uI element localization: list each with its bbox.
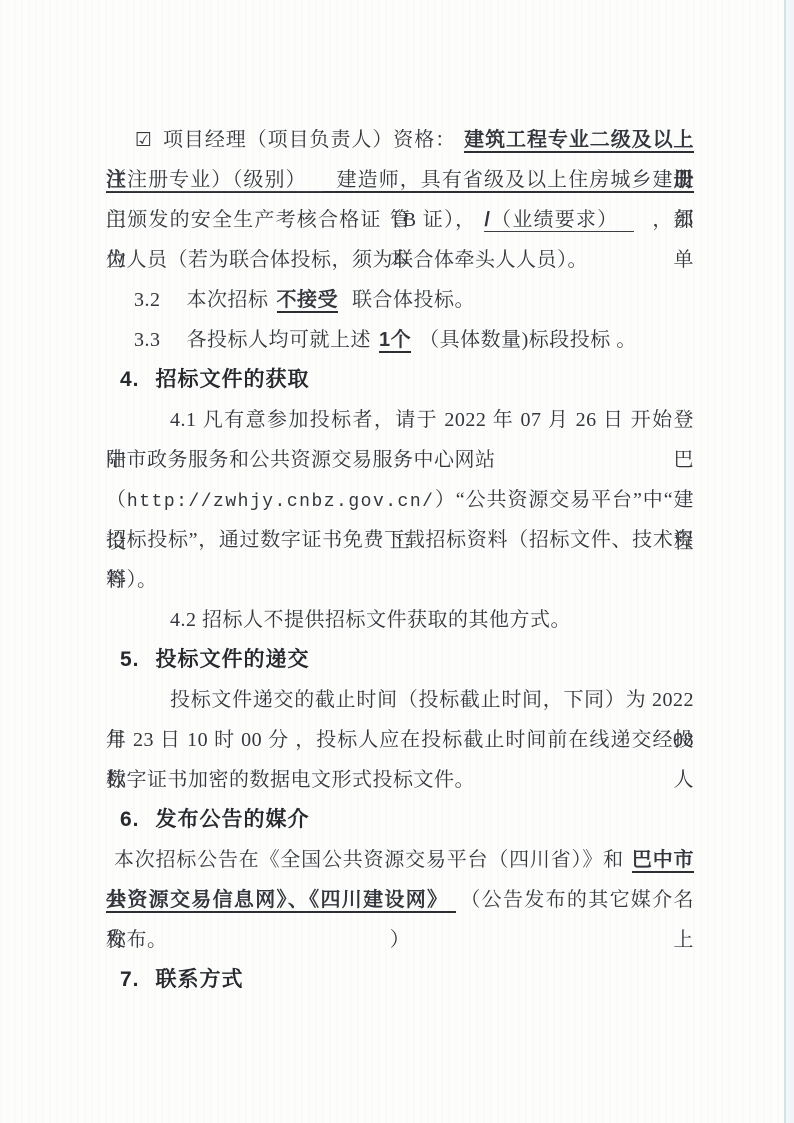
text-line: 本次招标公告在《全国公共资源交易平台（四川省）》和巴中市公 <box>106 840 694 880</box>
lot-count-value: 1个 <box>379 329 411 353</box>
paragraph-text: 4.2 招标人不提供招标文件获取的其他方式。 <box>170 609 571 631</box>
article-number: 3.2 <box>134 289 161 311</box>
blank-label-performance: （业绩要求） <box>490 209 608 231</box>
qualification-paragraph: ☑项目经理（项目负责人）资格：建筑工程专业二级及以上注册 （注册专业）（级别）建… <box>106 120 694 280</box>
heading-section-4: 4.招标文件的获取 <box>106 360 694 400</box>
paragraph-5-1: 投标文件递交的截止时间（投标截止时间，下同）为 2022 年 08 月 23 日… <box>106 680 694 800</box>
text-line: 门颁发的安全生产考核合格证（B 证），/（业绩要求），须为本单 <box>106 200 694 240</box>
article-text: （具体数量)标段投标 。 <box>419 329 637 351</box>
qualification-text: 位人员（若为联合体投标，须为联合体牵头人人员）。 <box>106 249 588 271</box>
accept-jv-value: 不接受 <box>277 289 339 313</box>
heading-title: 招标文件的获取 <box>156 368 310 391</box>
qualification-text: 门颁发的安全生产考核合格证（B 证）， <box>106 209 476 231</box>
heading-number: 6. <box>120 808 140 831</box>
heading-section-5: 5.投标文件的递交 <box>106 640 694 680</box>
paragraph-text: 等）。 <box>106 569 158 591</box>
paragraph-4-1: 4.1 凡有意参加投标者，请于 2022 年 07 月 26 日 开始登陆: 巴… <box>106 400 694 600</box>
article-3-2: 3.2本次招标不接受联合体投标。 <box>106 280 694 320</box>
heading-number: 5. <box>120 648 140 671</box>
text-line: 4.1 凡有意参加投标者，请于 2022 年 07 月 26 日 开始登陆: 巴 <box>106 400 694 440</box>
website-url: http://zwhjy.cnbz.gov.cn/ <box>127 492 435 512</box>
document-content: ☑项目经理（项目负责人）资格：建筑工程专业二级及以上注册 （注册专业）（级别）建… <box>106 120 694 1000</box>
blank-label-registration: （注册专业）（级别） <box>106 169 323 192</box>
scan-edge-line <box>784 0 786 1123</box>
paragraph-text: 本次招标公告在《全国公共资源交易平台（四川省）》和 <box>114 849 624 871</box>
paragraph-4-2: 4.2 招标人不提供招标文件获取的其他方式。 <box>106 600 694 640</box>
scan-edge-band <box>786 0 794 1123</box>
text-line: （http://zwhjy.cnbz.gov.cn/）“公共资源交易平台”中“建… <box>106 480 694 520</box>
qualification-label: 项目经理（项目负责人）资格： <box>163 129 457 151</box>
text-line: 投标文件递交的截止时间（投标截止时间，下同）为 2022 年 08 <box>106 680 694 720</box>
paragraph-6-1: 本次招标公告在《全国公共资源交易平台（四川省）》和巴中市公 共资源交易信息网》、… <box>106 840 694 960</box>
performance-requirement-blank: /（业绩要求） <box>484 209 634 232</box>
heading-number: 4. <box>120 368 140 391</box>
heading-number: 7. <box>120 968 140 991</box>
article-text: 联合体投标。 <box>352 289 475 311</box>
checked-checkbox-icon: ☑ <box>135 129 153 151</box>
heading-title: 投标文件的递交 <box>156 648 310 671</box>
paragraph-text: 中市政务服务和公共资源交易服务中心网站 <box>106 449 496 471</box>
text-line: （注册专业）（级别）建造师，具有省级及以上住房城乡建设主管部 <box>106 160 694 200</box>
heading-section-6: 6.发布公告的媒介 <box>106 800 694 840</box>
text-line: 共资源交易信息网》、《四川建设网》（公告发布的其它媒介名称）上 <box>106 880 694 920</box>
media-names-value: 共资源交易信息网》、《四川建设网》 <box>106 889 456 913</box>
text-line: ☑项目经理（项目负责人）资格：建筑工程专业二级及以上注册 <box>106 120 694 160</box>
article-text: 本次招标 <box>187 289 269 311</box>
article-3-3: 3.3各投标人均可就上述1个（具体数量)标段投标 。 <box>106 320 694 360</box>
heading-section-7: 7.联系方式 <box>106 960 694 1000</box>
heading-title: 发布公告的媒介 <box>156 808 310 831</box>
text-line: 月 23 日 10 时 00 分 ，投标人应在投标截止时间前在线递交经投标人 <box>106 720 694 760</box>
heading-title: 联系方式 <box>156 968 244 991</box>
paragraph-text: （ <box>106 489 127 511</box>
text-line: 等）。 <box>106 560 694 600</box>
text-line: 招标投标”，通过数字证书免费下载招标资料（招标文件、技术资料 <box>106 520 694 560</box>
scanned-document-page: ☑项目经理（项目负责人）资格：建筑工程专业二级及以上注册 （注册专业）（级别）建… <box>0 0 794 1123</box>
article-text: 各投标人均可就上述 <box>187 329 372 351</box>
paragraph-text: 发布。 <box>106 929 168 951</box>
paragraph-text: 数字证书加密的数据电文形式投标文件。 <box>106 769 475 791</box>
article-number: 3.3 <box>134 329 161 351</box>
